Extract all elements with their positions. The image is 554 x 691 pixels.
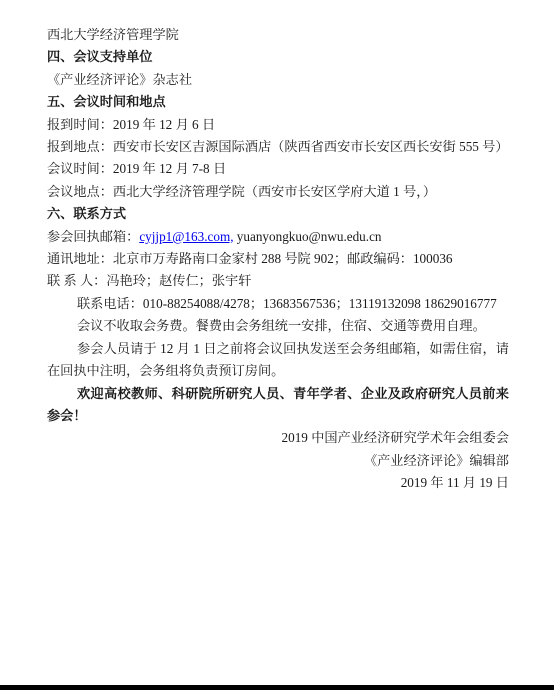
email-link[interactable]: cyjjp1@163.com, <box>139 229 233 244</box>
closing-block: 2019 中国产业经济研究学术年会组委会 《产业经济评论》编辑部 2019 年 … <box>47 427 509 494</box>
email-secondary: yuanyongkuo@nwu.edu.cn <box>234 229 382 244</box>
document-page: 西北大学经济管理学院 四、会议支持单位 《产业经济评论》杂志社 五、会议时间和地… <box>0 0 554 691</box>
address-line: 通讯地址：北京市万寿路南口金家村 288 号院 902；邮政编码：100036 <box>47 248 509 270</box>
reply-note: 参会人员请于 12 月 1 日之前将会议回执发送至会务组邮箱，如需住宿，请在回执… <box>47 338 509 383</box>
checkin-time-line: 报到时间：2019 年 12 月 6 日 <box>47 114 509 136</box>
section6-heading: 六、联系方式 <box>47 203 509 225</box>
section4-heading: 四、会议支持单位 <box>47 46 509 68</box>
meeting-place-line: 会议地点：西北大学经济管理学院（西安市长安区学府大道 1 号，） <box>47 181 509 203</box>
fee-note: 会议不收取会务费。餐费由会务组统一安排，住宿、交通等费用自理。 <box>47 315 509 337</box>
closing-date: 2019 年 11 月 19 日 <box>47 472 509 494</box>
closing-editorial: 《产业经济评论》编辑部 <box>47 450 509 472</box>
checkin-place-line: 报到地点：西安市长安区吉源国际酒店（陕西省西安市长安区西长安街 555 号） <box>47 136 509 158</box>
email-line: 参会回执邮箱：cyjjp1@163.com, yuanyongkuo@nwu.e… <box>47 226 509 248</box>
contacts-line: 联 系 人：冯艳玲；赵传仁；张宇轩 <box>47 270 509 292</box>
closing-organizer: 2019 中国产业经济研究学术年会组委会 <box>47 427 509 449</box>
intro-line: 西北大学经济管理学院 <box>47 24 509 46</box>
section5-heading: 五、会议时间和地点 <box>47 91 509 113</box>
email-label: 参会回执邮箱： <box>47 229 139 244</box>
section4-body: 《产业经济评论》杂志社 <box>47 69 509 91</box>
meeting-time-line: 会议时间：2019 年 12 月 7-8 日 <box>47 158 509 180</box>
welcome-note: 欢迎高校教师、科研院所研究人员、青年学者、企业及政府研究人员前来参会！ <box>47 383 509 428</box>
phone-line: 联系电话：010-88254088/4278；13683567536；13119… <box>47 293 509 315</box>
page-bottom-border <box>0 685 554 690</box>
